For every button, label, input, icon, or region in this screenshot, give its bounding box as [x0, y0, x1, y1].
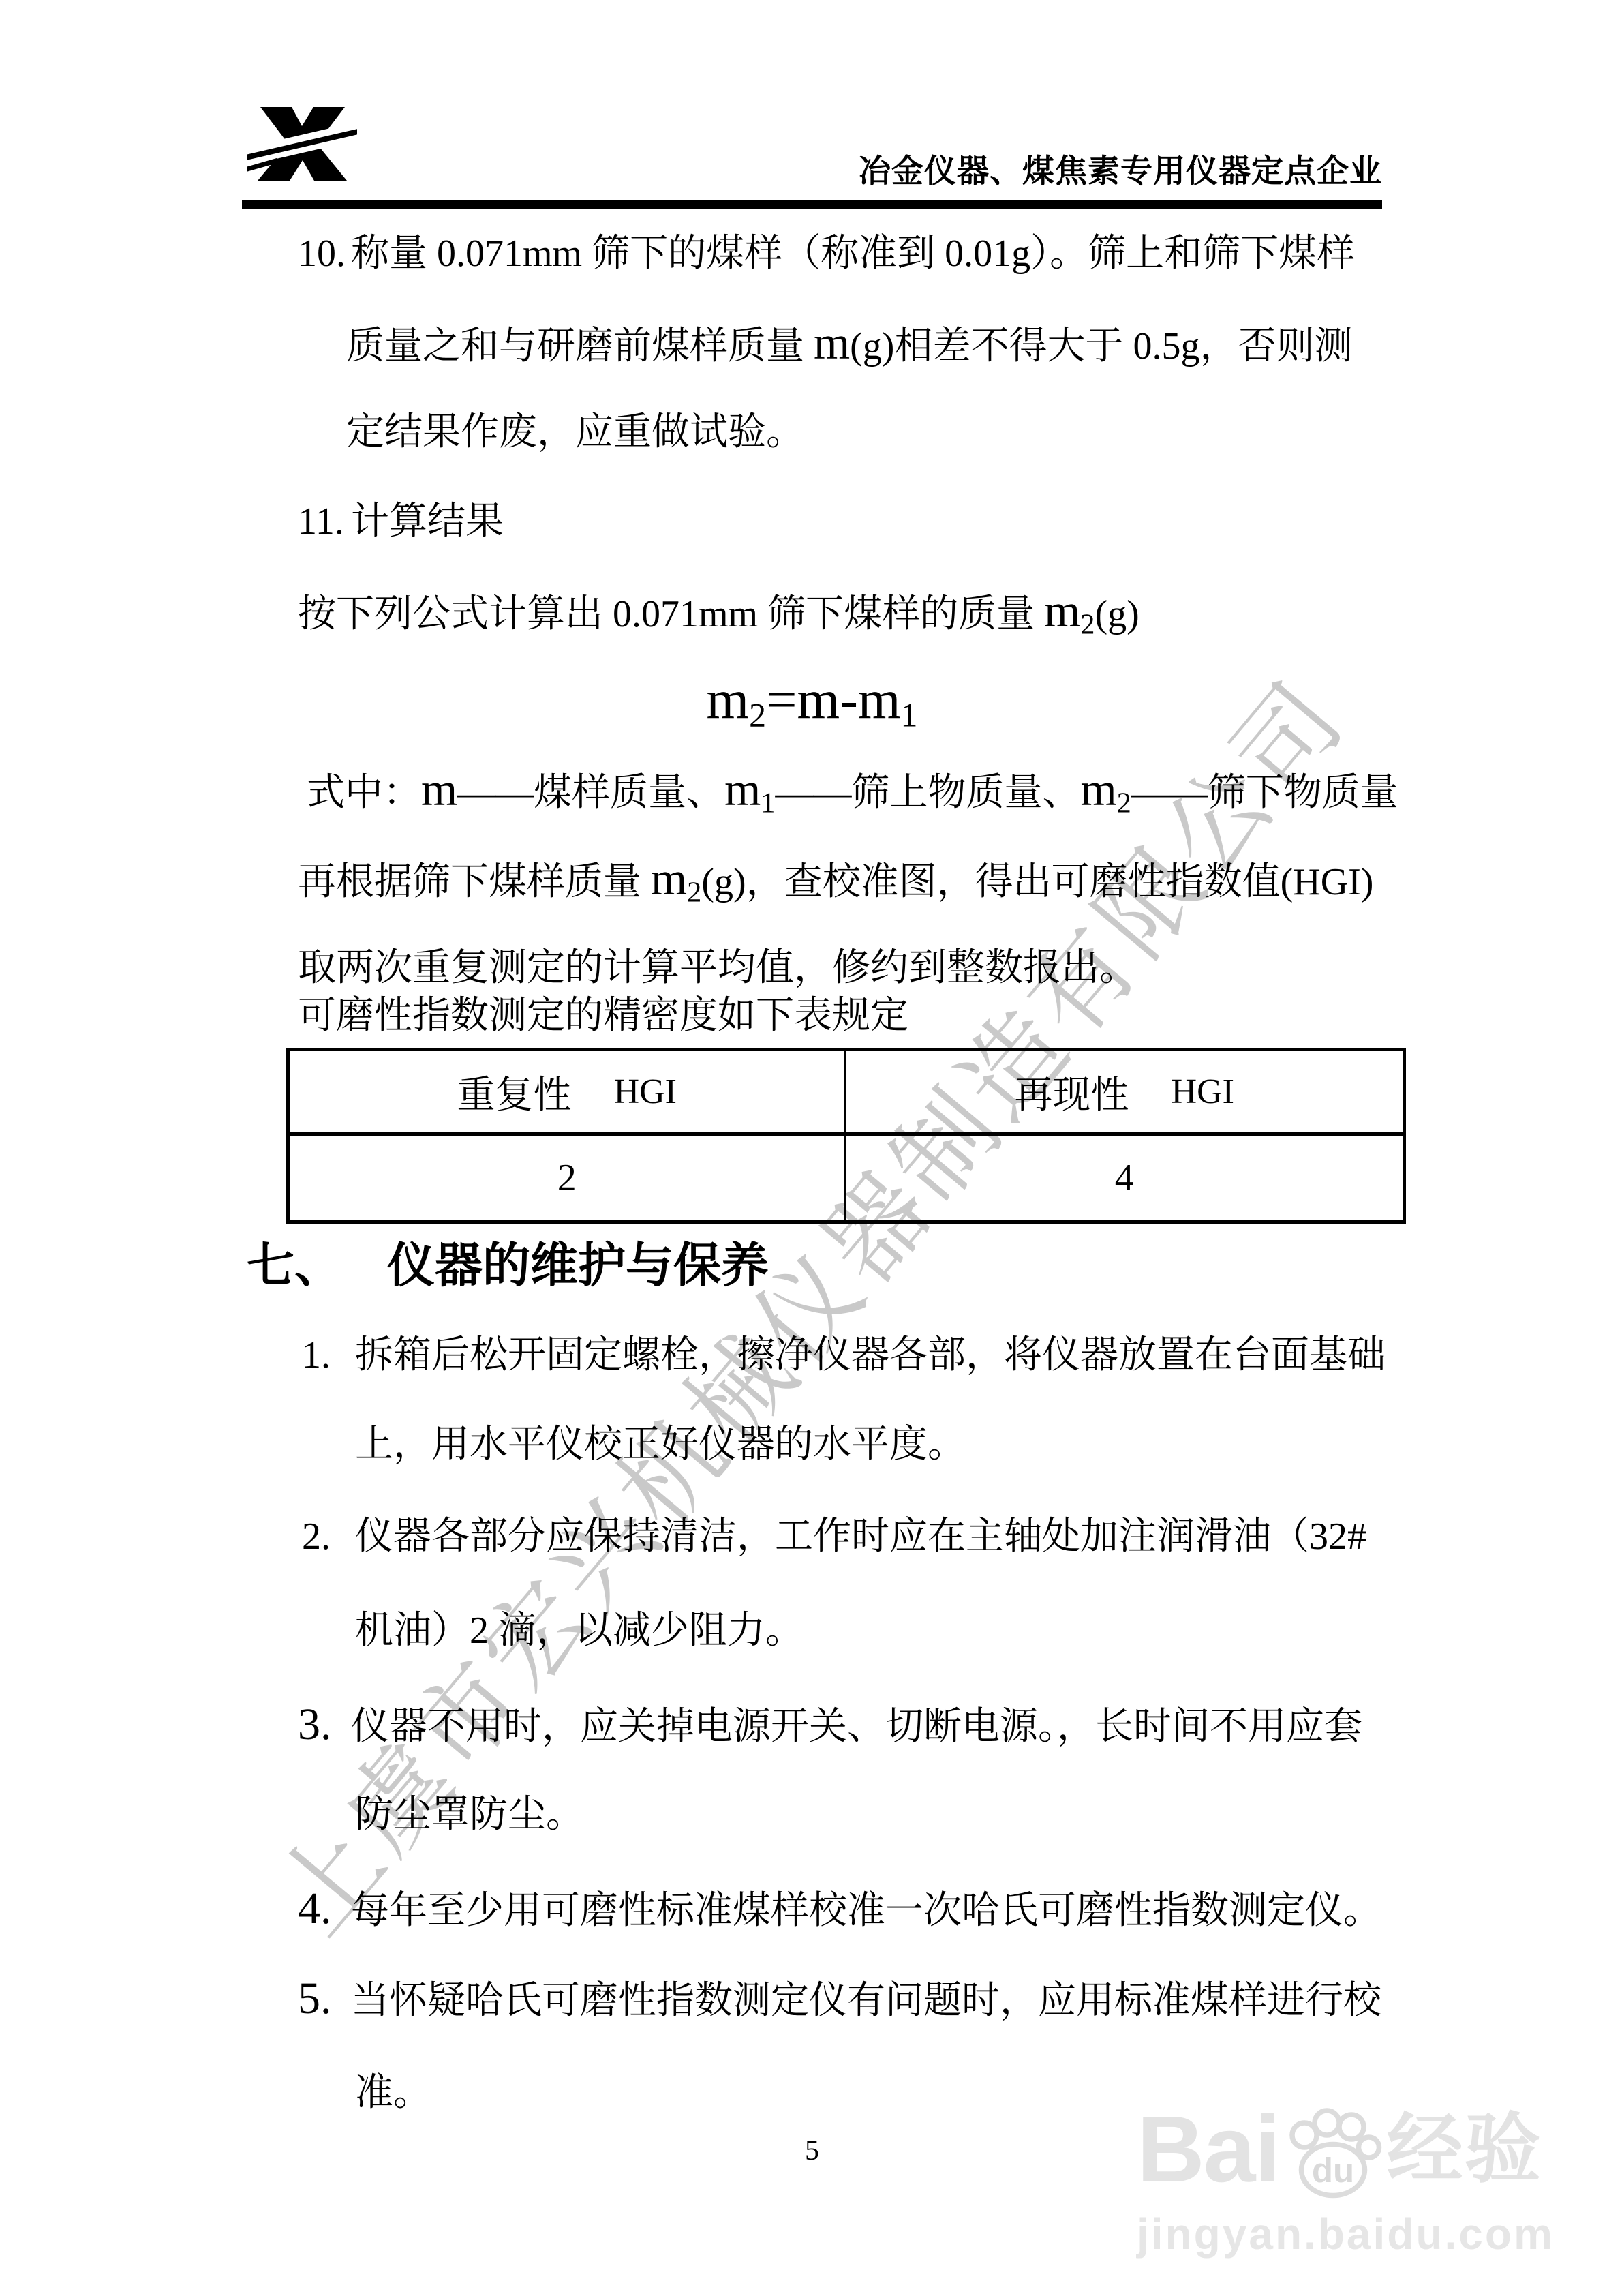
variable-m2: m2: [1080, 764, 1131, 815]
section-number: 七、: [247, 1239, 342, 1292]
maintenance-item-5-line-2: 准。: [355, 2064, 431, 2121]
maintenance-item-3-line-1: 3.仪器不用时，应关掉电源开关、切断电源。，长时间不用应套: [298, 1696, 1362, 1753]
step-10-line-3: 定结果作废，应重做试验。: [346, 404, 804, 461]
table-value-repeatability: 2: [290, 1136, 846, 1220]
formula-lhs: m2: [707, 669, 767, 730]
variable-m2: m2: [1044, 585, 1095, 637]
item-number: 1.: [302, 1327, 355, 1384]
maintenance-item-1-line-2: 上，用水平仪校正好仪器的水平度。: [355, 1416, 966, 1473]
hgi-unit-label: HGI: [614, 1072, 677, 1112]
company-logo-icon: [247, 106, 357, 182]
section-7-heading: 七、仪器的维护与保养: [247, 1233, 769, 1298]
step-10-line-1: 10.称量 0.071mm 筛下的煤样（称准到 0.01g）。筛上和筛下煤样: [298, 225, 1355, 282]
variable-m2: m2: [651, 853, 701, 905]
document-page: 上虞市宏兴机械仪器制造有限公司 Bai du 经验 jingyan.baidu.…: [0, 0, 1622, 2296]
formula-legend-line: 式中：m——煤样质量、m1——筛上物质量、m2——筛下物质量: [307, 761, 1398, 818]
header-rule: [242, 200, 1382, 209]
variable-m: m: [421, 764, 457, 815]
maintenance-item-2-line-1: 2.仪器各部分应保持清洁，工作时应在主轴处加注润滑油（32#: [302, 1508, 1366, 1565]
item-number: 3.: [298, 1696, 351, 1753]
step-number: 10.: [298, 225, 351, 282]
step-10-line-2: 质量之和与研磨前煤样质量 m(g)相差不得大于 0.5g，否则测: [346, 314, 1352, 372]
table-value-reproducibility: 4: [846, 1136, 1403, 1220]
hgi-lookup-line: 再根据筛下煤样质量 m2(g)，查校准图，得出可磨性指数值(HGI): [298, 850, 1373, 907]
table-header-reproducibility: 再现性 HGI: [846, 1051, 1403, 1136]
section-title: 仪器的维护与保养: [387, 1239, 769, 1292]
item-number: 2.: [302, 1508, 355, 1565]
step-11-heading: 11.计算结果: [298, 493, 504, 550]
page-number: 5: [242, 2130, 1382, 2171]
step-number: 11.: [298, 493, 351, 550]
maintenance-item-2-line-2: 机油）2 滴，以减少阻力。: [355, 1602, 804, 1659]
formula-m2-equals: m2=m-m1: [242, 671, 1382, 729]
precision-table-caption: 可磨性指数测定的精密度如下表规定: [298, 987, 908, 1044]
header-certification-text: 冶金仪器、煤焦素专用仪器定点企业: [859, 153, 1382, 191]
maintenance-item-4-line-1: 4.每年至少用可磨性标准煤样校准一次哈氏可磨性指数测定仪。: [298, 1880, 1381, 1937]
formula-intro-line: 按下列公式计算出 0.071mm 筛下煤样的质量 m2(g): [298, 582, 1139, 639]
maintenance-item-1-line-1: 1.拆箱后松开固定螺栓，擦净仪器各部，将仪器放置在台面基础: [302, 1327, 1386, 1384]
precision-table: 重复性 HGI 再现性 HGI 2 4: [286, 1048, 1406, 1224]
item-number: 4.: [298, 1880, 351, 1937]
item-number: 5.: [298, 1970, 351, 2027]
variable-m1: m1: [724, 764, 775, 815]
table-header-repeatability: 重复性 HGI: [290, 1051, 846, 1136]
maintenance-item-3-line-2: 防尘罩防尘。: [355, 1786, 584, 1843]
variable-m: m: [814, 317, 850, 369]
formula-rhs: =m-m1: [766, 669, 917, 730]
maintenance-item-5-line-1: 5.当怀疑哈氏可磨性指数测定仪有问题时，应用标准煤样进行校: [298, 1970, 1381, 2027]
hgi-unit-label: HGI: [1172, 1072, 1234, 1112]
